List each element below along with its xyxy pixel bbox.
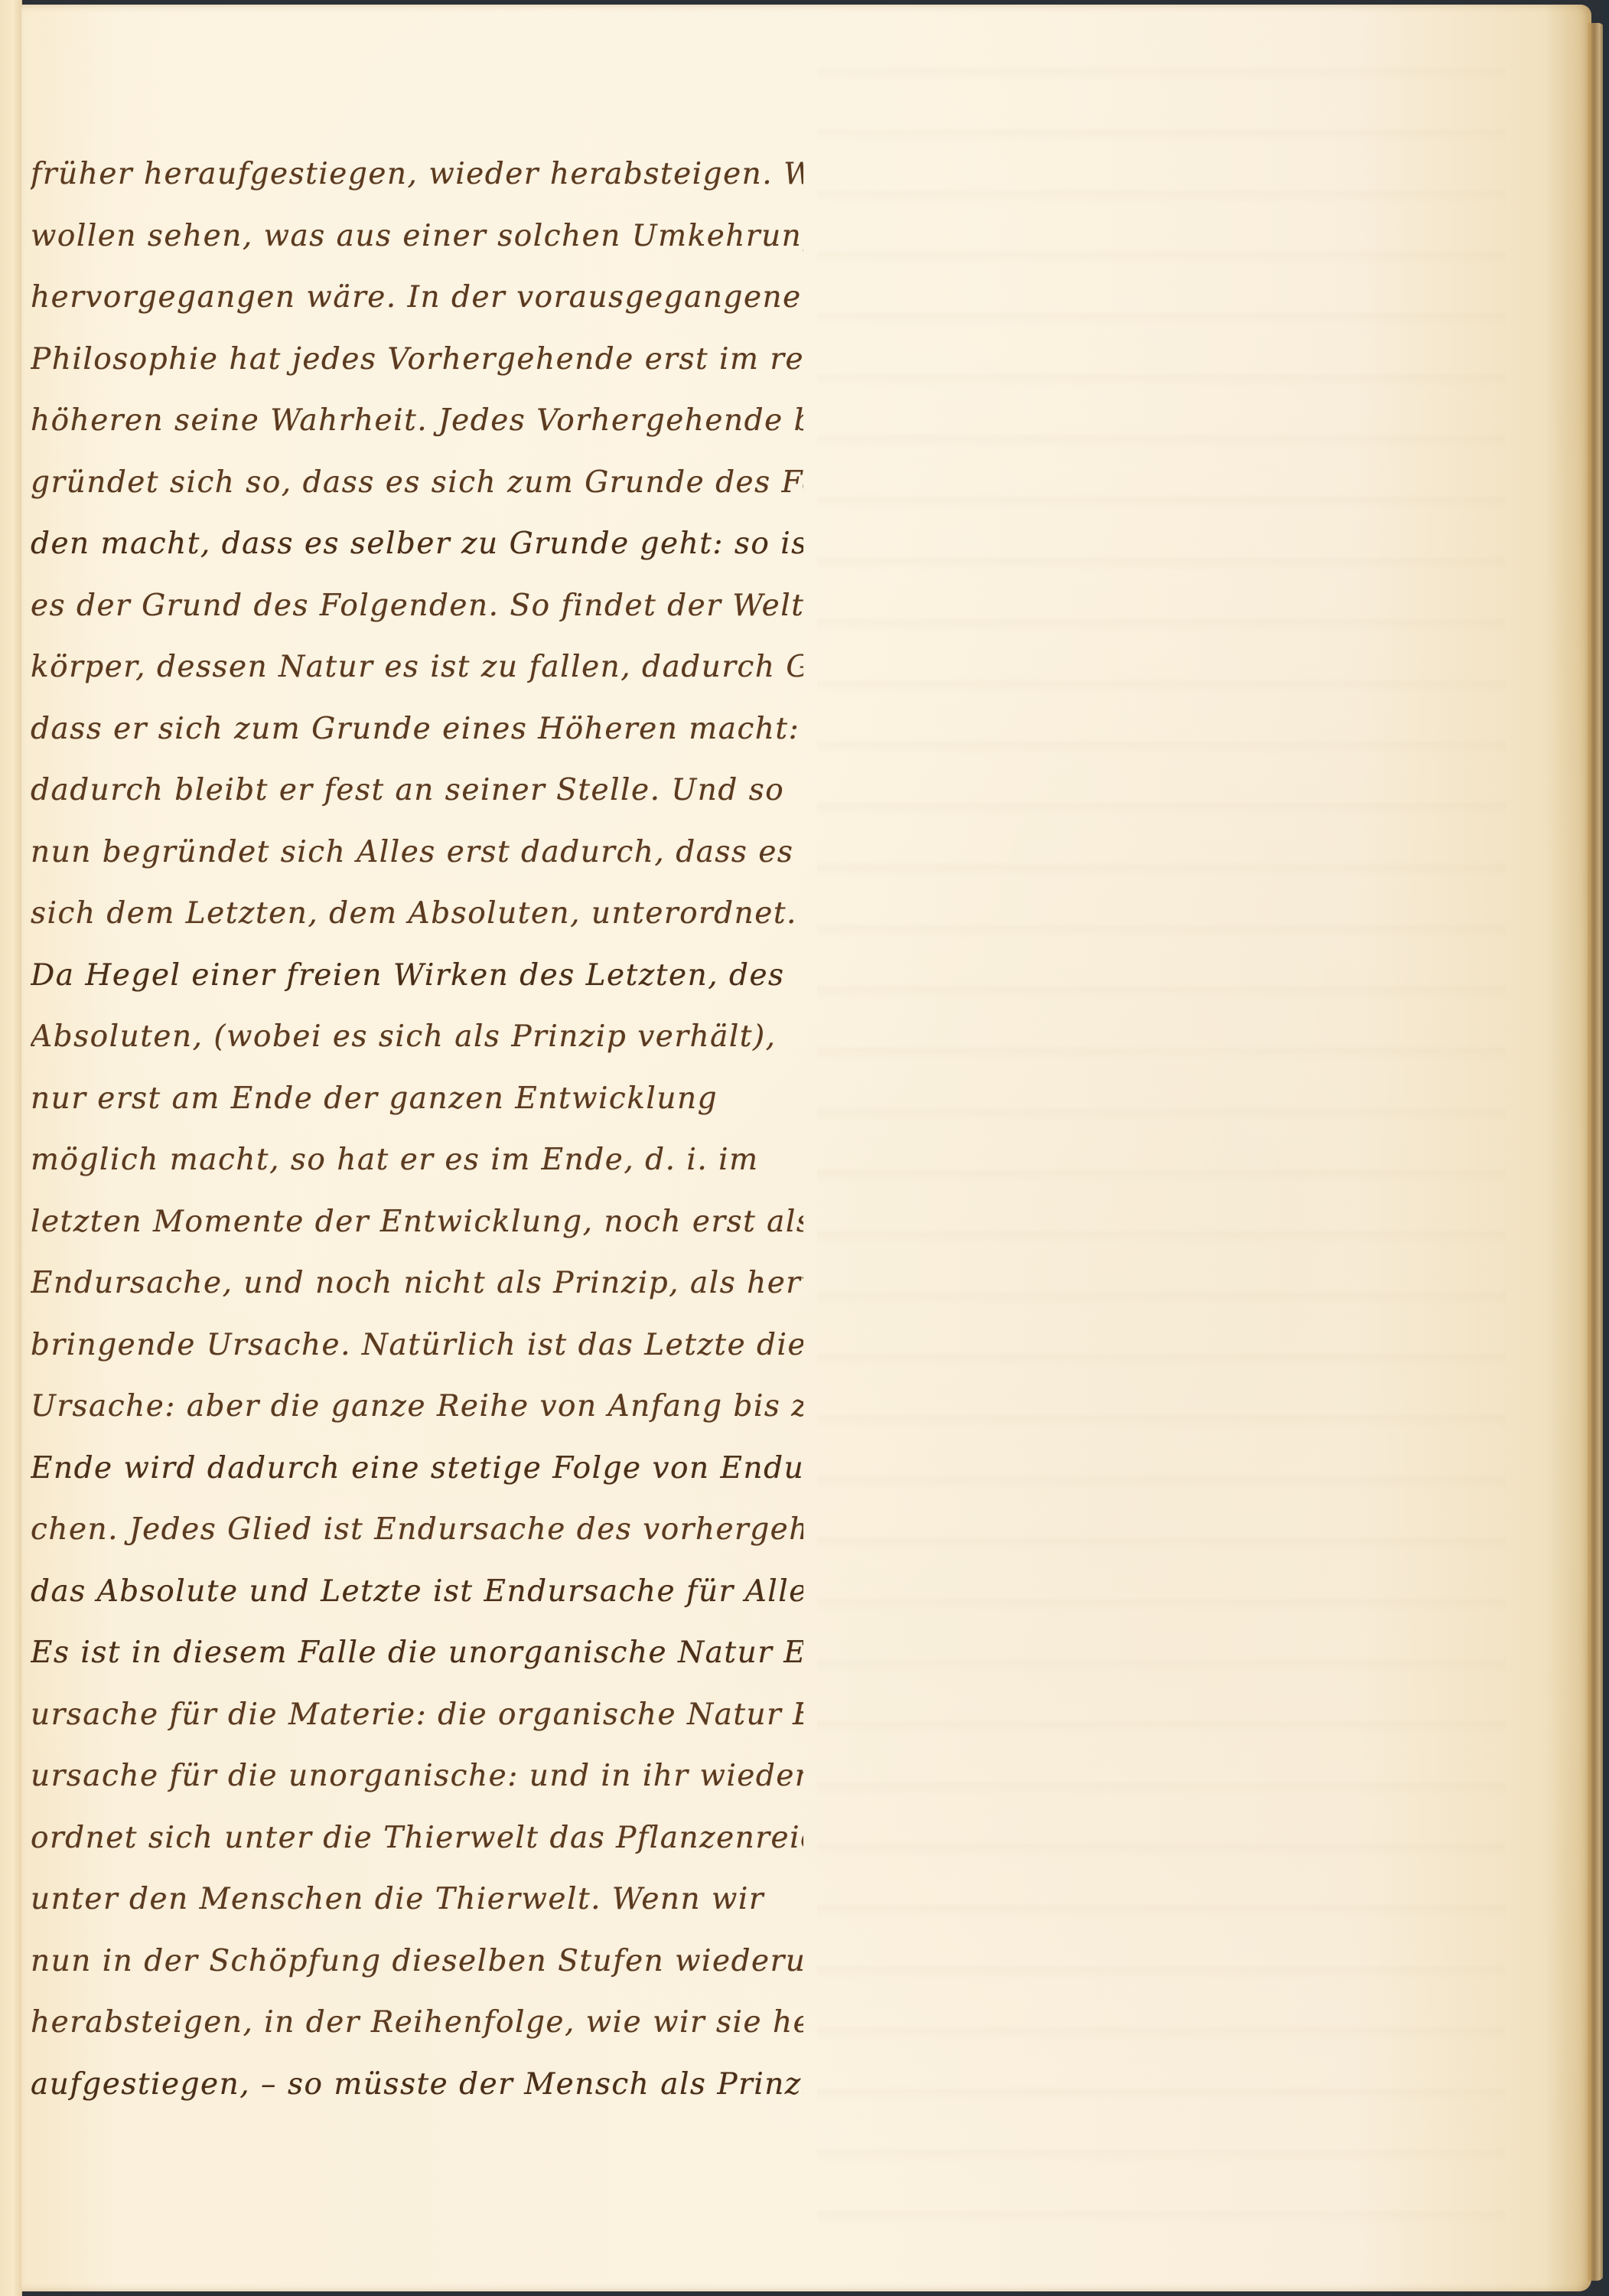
text-line: möglich macht, so hat er es im Ende, d. … xyxy=(31,1130,803,1192)
text-line: den macht, dass es selber zu Grunde geht… xyxy=(31,514,803,576)
text-line: nun begründet sich Alles erst dadurch, d… xyxy=(31,822,803,884)
text-line: es der Grund des Folgenden. So findet de… xyxy=(31,576,803,638)
handwritten-text-block: früher heraufgestiegen, wieder herabstei… xyxy=(31,144,803,2115)
text-line: dadurch bleibt er fest an seiner Stelle.… xyxy=(31,760,803,822)
text-line: Ursache: aber die ganze Reihe von Anfang… xyxy=(31,1376,803,1438)
ink-bleed-through xyxy=(817,20,1506,2239)
book-cover-edge xyxy=(1603,0,1609,2296)
text-line: dass er sich zum Grunde eines Höheren ma… xyxy=(31,699,803,761)
text-line: ursache für die Materie: die organische … xyxy=(31,1684,803,1746)
text-line: Es ist in diesem Falle die unorganische … xyxy=(31,1623,803,1684)
text-line: gründet sich so, dass es sich zum Grunde… xyxy=(31,452,803,514)
text-line: aufgestiegen, – so müsste der Mensch als… xyxy=(31,2054,803,2116)
text-line: unter den Menschen die Thierwelt. Wenn w… xyxy=(31,1869,803,1931)
text-line: das Absolute und Letzte ist Endursache f… xyxy=(31,1561,803,1623)
text-line: nun in der Schöpfung dieselben Stufen wi… xyxy=(31,1931,803,1993)
previous-page-edge xyxy=(0,0,22,2296)
text-line: sich dem Letzten, dem Absoluten, unteror… xyxy=(31,883,803,945)
text-line: ursache für die unorganische: und in ihr… xyxy=(31,1746,803,1808)
text-line: chen. Jedes Glied ist Endursache des vor… xyxy=(31,1499,803,1561)
text-line: bringende Ursache. Natürlich ist das Let… xyxy=(31,1315,803,1377)
text-line: Absoluten, (wobei es sich als Prinzip ve… xyxy=(31,1006,803,1068)
text-line: körper, dessen Natur es ist zu fallen, d… xyxy=(31,637,803,699)
text-line: hervorgegangen wäre. In der vorausgegang… xyxy=(31,267,803,329)
text-line: nur erst am Ende der ganzen Entwicklung xyxy=(31,1068,803,1130)
text-line: Endursache, und noch nicht als Prinzip, … xyxy=(31,1253,803,1315)
text-line: ordnet sich unter die Thierwelt das Pfla… xyxy=(31,1808,803,1870)
text-line: herabsteigen, in der Reihenfolge, wie wi… xyxy=(31,1992,803,2054)
text-line: früher heraufgestiegen, wieder herabstei… xyxy=(31,144,803,206)
text-line: wollen sehen, was aus einer solchen Umke… xyxy=(31,206,803,268)
text-line: Philosophie hat jedes Vorhergehende erst… xyxy=(31,329,803,391)
text-line: letzten Momente der Entwicklung, noch er… xyxy=(31,1192,803,1254)
text-line: höheren seine Wahrheit. Jedes Vorhergehe… xyxy=(31,390,803,452)
text-line: Da Hegel einer freien Wirken des Letzten… xyxy=(31,945,803,1007)
page-fore-edge xyxy=(1588,23,1604,2281)
text-line: Ende wird dadurch eine stetige Folge von… xyxy=(31,1438,803,1500)
scan-background: früher heraufgestiegen, wieder herabstei… xyxy=(0,0,1609,2296)
